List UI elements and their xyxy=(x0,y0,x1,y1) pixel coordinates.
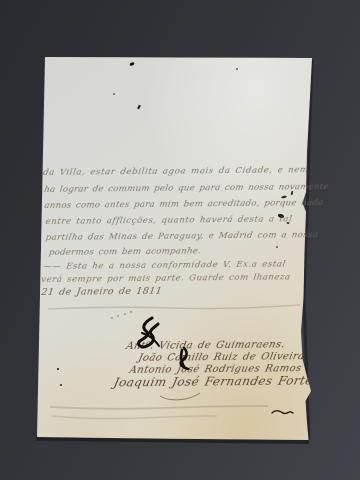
ink-scribble-mark xyxy=(272,411,293,414)
ink-flourish-layer xyxy=(0,0,360,480)
signature-underline-flourish xyxy=(160,393,200,400)
ink-flourish-blot xyxy=(181,348,188,369)
photo-of-manuscript-letter: da Villa, estar debilita agoa mais da Ci… xyxy=(0,0,360,480)
